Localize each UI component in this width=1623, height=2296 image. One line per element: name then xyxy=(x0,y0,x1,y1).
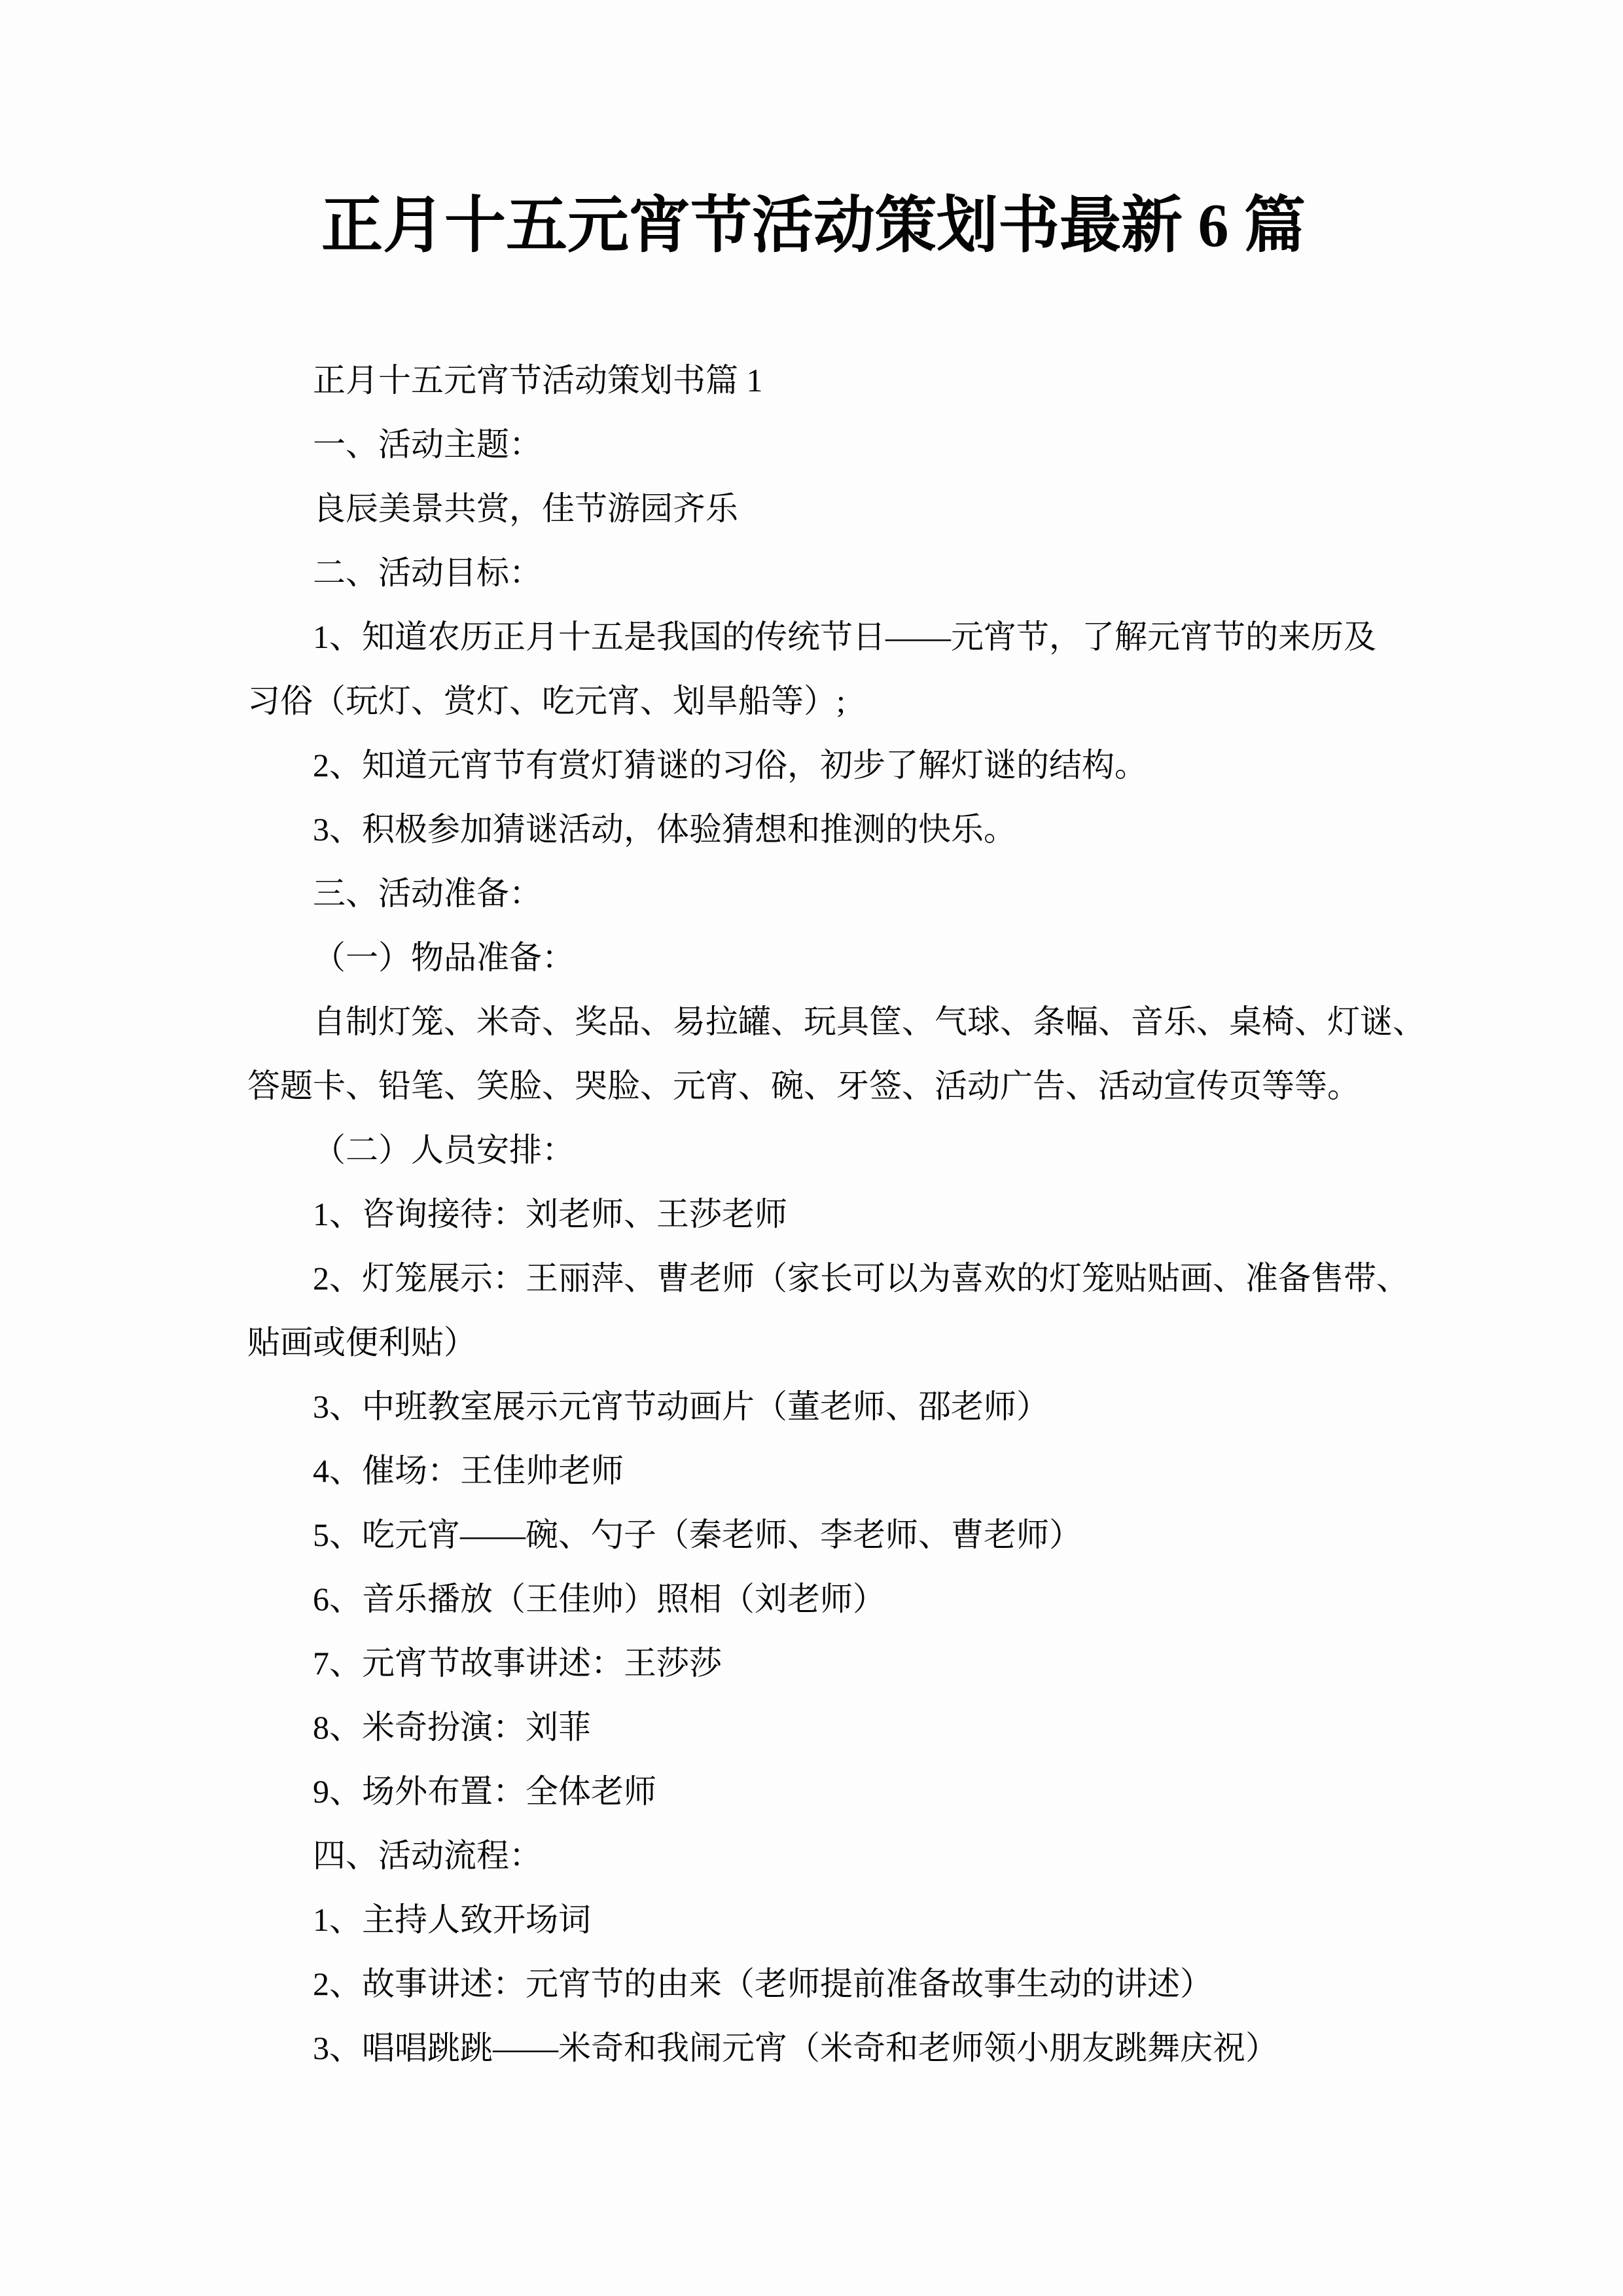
text-line: 四、活动流程： xyxy=(247,1823,1380,1888)
text-line: （二）人员安排： xyxy=(247,1118,1380,1182)
text-line: 贴画或便利贴） xyxy=(247,1310,1380,1374)
document-title: 正月十五元宵节活动策划书最新 6 篇 xyxy=(247,170,1380,281)
text-line: 9、场外布置：全体老师 xyxy=(247,1759,1380,1823)
text-line: 正月十五元宵节活动策划书篇 1 xyxy=(247,348,1380,412)
text-line: 答题卡、铅笔、笑脸、哭脸、元宵、碗、牙签、活动广告、活动宣传页等等。 xyxy=(247,1054,1380,1118)
text-line: 5、吃元宵——碗、勺子（秦老师、李老师、曹老师） xyxy=(247,1503,1380,1567)
text-line: 自制灯笼、米奇、奖品、易拉罐、玩具筐、气球、条幅、音乐、桌椅、灯谜、 xyxy=(247,990,1380,1054)
document-body: 正月十五元宵节活动策划书篇 1一、活动主题：良辰美景共赏，佳节游园齐乐二、活动目… xyxy=(247,348,1380,2080)
text-line: 6、音乐播放（王佳帅）照相（刘老师） xyxy=(247,1567,1380,1631)
text-line: 1、知道农历正月十五是我国的传统节日——元宵节，了解元宵节的来历及 xyxy=(247,605,1380,669)
text-line: （一）物品准备： xyxy=(247,925,1380,990)
text-line: 7、元宵节故事讲述：王莎莎 xyxy=(247,1631,1380,1695)
text-line: 3、唱唱跳跳——米奇和我闹元宵（米奇和老师领小朋友跳舞庆祝） xyxy=(247,2016,1380,2080)
text-line: 1、主持人致开场词 xyxy=(247,1888,1380,1952)
text-line: 二、活动目标： xyxy=(247,541,1380,605)
text-line: 三、活动准备： xyxy=(247,861,1380,925)
text-line: 2、灯笼展示：王丽萍、曹老师（家长可以为喜欢的灯笼贴贴画、准备售带、 xyxy=(247,1246,1380,1310)
text-line: 3、中班教室展示元宵节动画片（董老师、邵老师） xyxy=(247,1374,1380,1439)
text-line: 1、咨询接待：刘老师、王莎老师 xyxy=(247,1182,1380,1246)
text-line: 2、知道元宵节有赏灯猜谜的习俗，初步了解灯谜的结构。 xyxy=(247,733,1380,797)
text-line: 8、米奇扮演：刘菲 xyxy=(247,1695,1380,1759)
text-line: 一、活动主题： xyxy=(247,412,1380,476)
text-line: 2、故事讲述：元宵节的由来（老师提前准备故事生动的讲述） xyxy=(247,1952,1380,2016)
text-line: 4、催场：王佳帅老师 xyxy=(247,1439,1380,1503)
text-line: 3、积极参加猜谜活动，体验猜想和推测的快乐。 xyxy=(247,797,1380,861)
text-line: 良辰美景共赏，佳节游园齐乐 xyxy=(247,476,1380,541)
text-line: 习俗（玩灯、赏灯、吃元宵、划旱船等）; xyxy=(247,669,1380,733)
document-page: 正月十五元宵节活动策划书最新 6 篇 正月十五元宵节活动策划书篇 1一、活动主题… xyxy=(0,0,1623,2296)
